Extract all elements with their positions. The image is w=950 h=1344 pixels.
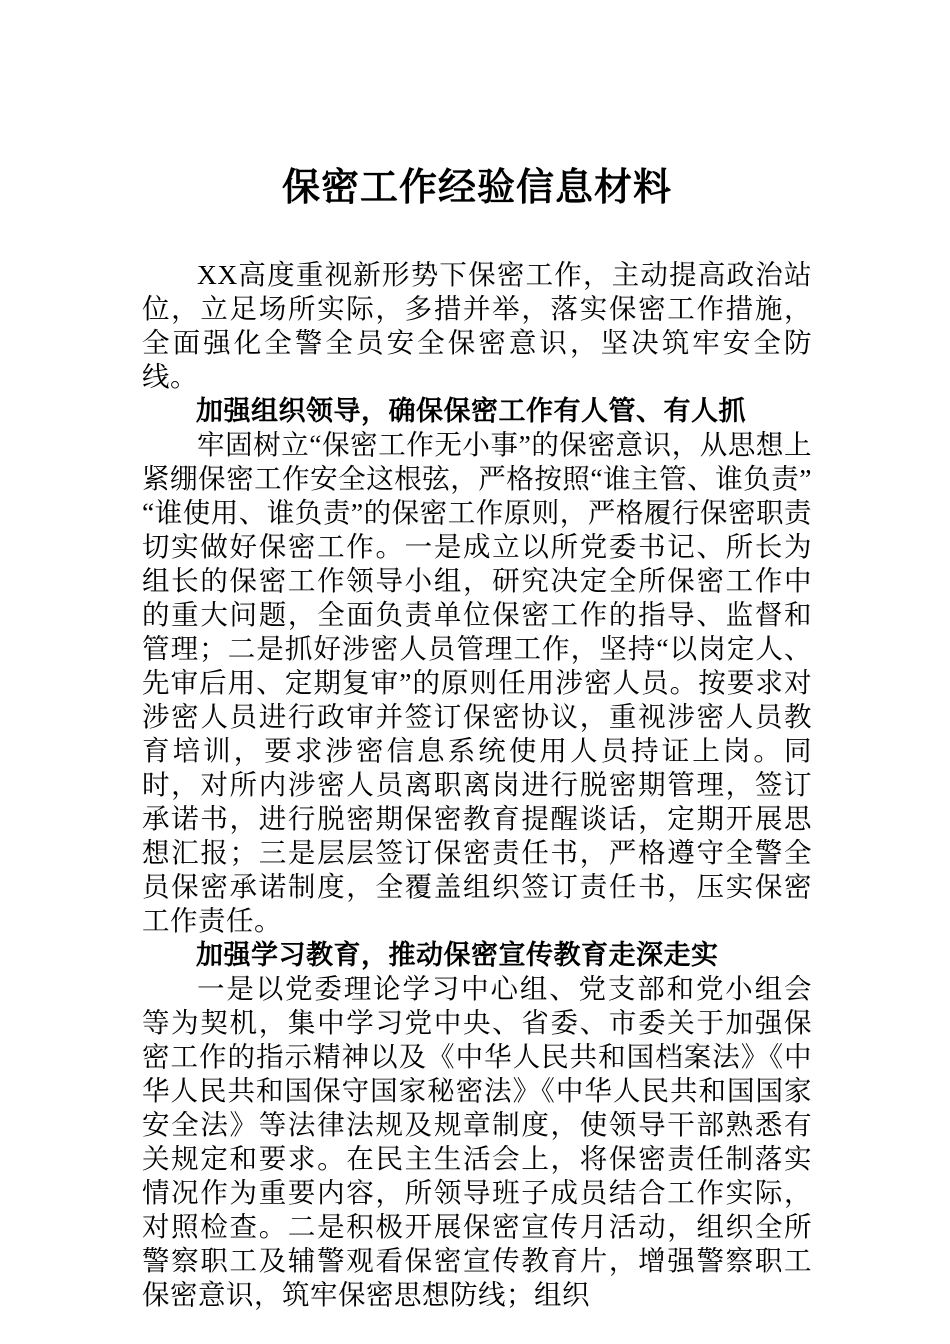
- document-title: 保密工作经验信息材料: [142, 160, 812, 216]
- section-heading-study-education: 加强学习教育，推动保密宣传教育走深走实: [142, 938, 812, 972]
- document-text-area: 保密工作经验信息材料 XX高度重视新形势下保密工作，主动提高政治站位，立足场所实…: [142, 160, 812, 1312]
- paragraph-intro: XX高度重视新形势下保密工作，主动提高政治站位，立足场所实际，多措并举，落实保密…: [142, 258, 812, 394]
- document-page: 保密工作经验信息材料 XX高度重视新形势下保密工作，主动提高政治站位，立足场所实…: [0, 0, 950, 1344]
- paragraph-study-education: 一是以党委理论学习中心组、党支部和党小组会等为契机，集中学习党中央、省委、市委关…: [142, 972, 812, 1312]
- paragraph-organization-leadership: 牢固树立“保密工作无小事”的保密意识，从思想上紧绷保密工作安全这根弦，严格按照“…: [142, 428, 812, 938]
- section-heading-organization-leadership: 加强组织领导，确保保密工作有人管、有人抓: [142, 394, 812, 428]
